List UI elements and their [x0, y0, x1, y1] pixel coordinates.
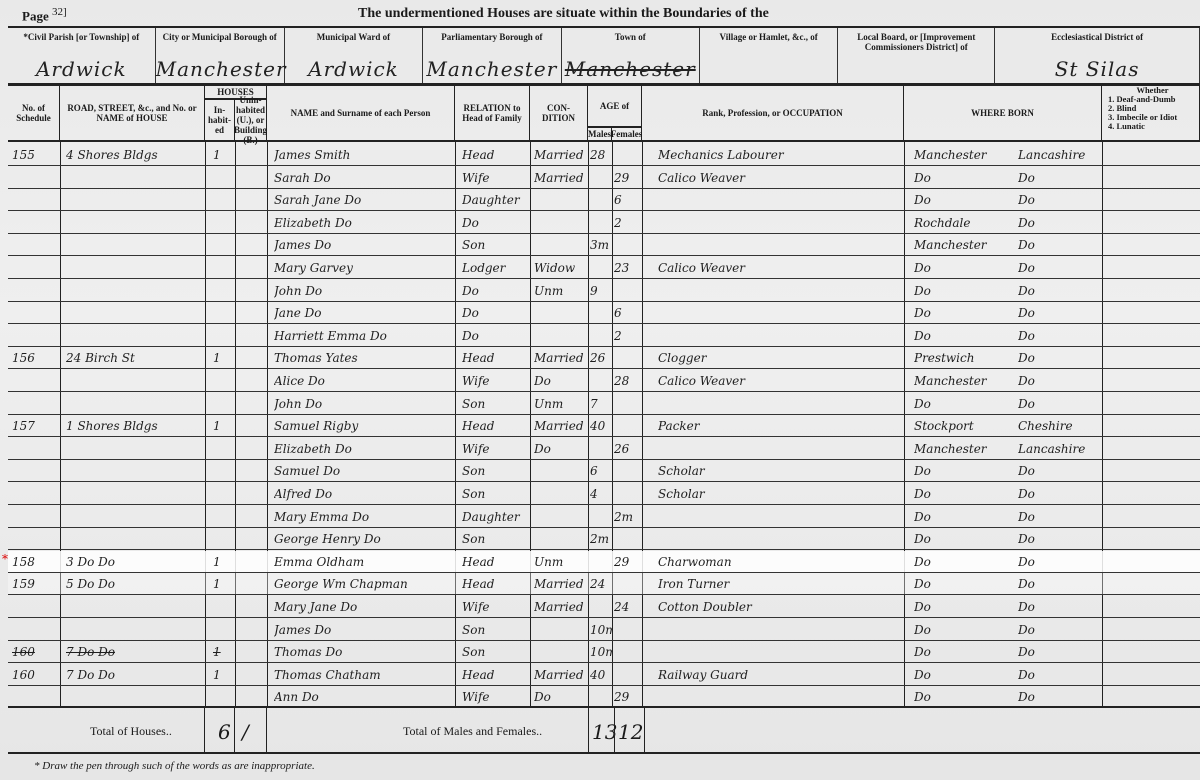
relation: Son	[462, 641, 530, 663]
relation: Head	[462, 551, 530, 573]
born-town: Do	[914, 302, 1010, 324]
person-name: Thomas Do	[274, 641, 454, 663]
inhabited-mark: 1	[213, 144, 233, 166]
person-name: George Henry Do	[274, 528, 454, 550]
born-town: Do	[914, 167, 1010, 189]
female-age: 23	[614, 257, 642, 279]
male-age: 9	[590, 280, 612, 302]
born-town: Do	[914, 641, 1010, 663]
condition: Married	[534, 167, 588, 189]
relation: Daughter	[462, 189, 530, 211]
occupation: Calico Weaver	[658, 370, 904, 392]
inhabited-mark: 1	[213, 347, 233, 369]
boundary-label: City or Municipal Borough of	[156, 32, 284, 42]
born-county: Do	[1018, 280, 1102, 302]
table-row: Harriett Emma DoDo2DoDo	[8, 325, 1200, 347]
occupation: Calico Weaver	[658, 167, 904, 189]
col-header-age: AGE of	[588, 86, 642, 128]
person-name: Thomas Chatham	[274, 664, 454, 686]
relation: Wife	[462, 438, 530, 460]
person-name: Alice Do	[274, 370, 454, 392]
person-name: James Do	[274, 234, 454, 256]
relation: Son	[462, 483, 530, 505]
page-label: Page 32]	[22, 6, 67, 24]
table-row: 1607 Do Do1Thomas DoSon10mDoDo	[8, 641, 1200, 663]
male-age: 4	[590, 483, 612, 505]
condition: Do	[534, 370, 588, 392]
schedule-number: 158	[12, 551, 60, 573]
occupation: Charwoman	[658, 551, 904, 573]
relation: Do	[462, 325, 530, 347]
male-age: 26	[590, 347, 612, 369]
born-county: Do	[1018, 347, 1102, 369]
inhabited-mark: 1	[213, 664, 233, 686]
person-name: Elizabeth Do	[274, 438, 454, 460]
boundary-label: *Civil Parish [or Township] of	[8, 32, 155, 42]
person-name: Thomas Yates	[274, 347, 454, 369]
condition: Married	[534, 347, 588, 369]
born-town: Rochdale	[914, 212, 1010, 234]
schedule-number: 160	[12, 641, 60, 663]
born-town: Manchester	[914, 234, 1010, 256]
male-age: 2m	[590, 528, 612, 550]
boundary-field: Municipal Ward ofArdwick	[285, 28, 423, 83]
born-town: Do	[914, 596, 1010, 618]
table-row: Alfred DoSon4ScholarDoDo	[8, 483, 1200, 505]
relation: Daughter	[462, 506, 530, 528]
female-age: 29	[614, 551, 642, 573]
person-name: John Do	[274, 393, 454, 415]
born-town: Do	[914, 551, 1010, 573]
schedule-number: 160	[12, 664, 60, 686]
born-town: Do	[914, 619, 1010, 641]
condition: Unm	[534, 393, 588, 415]
col-header-occupation: Rank, Profession, or OCCUPATION	[642, 86, 904, 142]
male-age: 10m	[590, 641, 612, 663]
relation: Head	[462, 415, 530, 437]
person-name: Mary Garvey	[274, 257, 454, 279]
female-age: 2m	[614, 506, 642, 528]
boundary-field: Town ofManchester	[562, 28, 700, 83]
boundary-label: Ecclesiastical District of	[995, 32, 1199, 42]
col-header-males: Males	[588, 128, 612, 142]
female-age: 26	[614, 438, 642, 460]
house-address: 5 Do Do	[66, 573, 204, 595]
col-header-infirmity: Whether1. Deaf-and-Dumb2. Blind3. Imbeci…	[1102, 86, 1200, 142]
total-houses-inhabited: 6	[218, 720, 231, 744]
born-county: Do	[1018, 460, 1102, 482]
col-header-name: NAME and Surname of each Person	[267, 86, 455, 142]
boundary-label: Municipal Ward of	[285, 32, 422, 42]
table-row: George Henry DoSon2mDoDo	[8, 528, 1200, 550]
boundary-label: Village or Hamlet, &c., of	[700, 32, 837, 42]
census-table: No. of ScheduleROAD, STREET, &c., and No…	[8, 86, 1200, 706]
house-address: 7 Do Do	[66, 664, 204, 686]
occupation: Mechanics Labourer	[658, 144, 904, 166]
house-address: 1 Shores Bldgs	[66, 415, 204, 437]
born-town: Prestwich	[914, 347, 1010, 369]
boundary-value: St Silas	[995, 57, 1199, 81]
born-town: Do	[914, 257, 1010, 279]
relation: Son	[462, 393, 530, 415]
col-header-where-born: WHERE BORN	[904, 86, 1102, 142]
male-age: 40	[590, 664, 612, 686]
table-row: Alice DoWifeDo28Calico WeaverManchesterD…	[8, 370, 1200, 392]
table-row: Jane DoDo6DoDo	[8, 302, 1200, 324]
born-county: Do	[1018, 167, 1102, 189]
relation: Head	[462, 144, 530, 166]
person-name: Sarah Do	[274, 167, 454, 189]
born-town: Do	[914, 460, 1010, 482]
condition: Unm	[534, 551, 588, 573]
table-row: 1554 Shores Bldgs1James SmithHeadMarried…	[8, 144, 1200, 166]
table-row: Mary Jane DoWifeMarried24Cotton DoublerD…	[8, 596, 1200, 618]
schedule-number: 157	[12, 415, 60, 437]
relation: Head	[462, 664, 530, 686]
boundary-field: Village or Hamlet, &c., of	[700, 28, 838, 83]
house-address: 4 Shores Bldgs	[66, 144, 204, 166]
total-females: 12	[618, 720, 643, 744]
person-name: James Do	[274, 619, 454, 641]
totals-row: Total of Houses.. 6 / Total of Males and…	[8, 706, 1200, 754]
person-name: Emma Oldham	[274, 551, 454, 573]
boundary-field: Parliamentary Borough ofManchester	[423, 28, 561, 83]
occupation: Clogger	[658, 347, 904, 369]
person-name: Mary Jane Do	[274, 596, 454, 618]
table-row: 1607 Do Do1Thomas ChathamHeadMarried40Ra…	[8, 664, 1200, 686]
male-age: 28	[590, 144, 612, 166]
table-row: Mary GarveyLodgerWidow23Calico WeaverDoD…	[8, 257, 1200, 279]
born-county: Do	[1018, 370, 1102, 392]
table-row: James DoSon3mManchesterDo	[8, 234, 1200, 256]
boundary-value: Manchester	[562, 57, 699, 81]
born-town: Do	[914, 528, 1010, 550]
relation: Wife	[462, 167, 530, 189]
schedule-number: 156	[12, 347, 60, 369]
condition: Married	[534, 596, 588, 618]
inhabited-mark: 1	[213, 573, 233, 595]
col-header-females: Females	[612, 128, 642, 142]
born-town: Do	[914, 393, 1010, 415]
house-address: 7 Do Do	[66, 641, 204, 663]
person-name: Alfred Do	[274, 483, 454, 505]
occupation: Packer	[658, 415, 904, 437]
table-row: Mary Emma DoDaughter2mDoDo	[8, 506, 1200, 528]
table-row: Elizabeth DoDo2RochdaleDo	[8, 212, 1200, 234]
person-name: George Wm Chapman	[274, 573, 454, 595]
col-header-schedule: No. of Schedule	[8, 86, 60, 142]
table-row: Sarah DoWifeMarried29Calico WeaverDoDo	[8, 167, 1200, 189]
born-county: Cheshire	[1018, 415, 1102, 437]
born-town: Do	[914, 573, 1010, 595]
relation: Son	[462, 460, 530, 482]
female-age: 28	[614, 370, 642, 392]
born-county: Do	[1018, 302, 1102, 324]
female-age: 2	[614, 325, 642, 347]
row-marker-icon: *	[2, 552, 8, 566]
boundary-label: Local Board, or [Improvement Commissione…	[838, 32, 994, 52]
female-age: 29	[614, 167, 642, 189]
house-address: 24 Birch St	[66, 347, 204, 369]
inhabited-mark: 1	[213, 551, 233, 573]
footnote: * Draw the pen through such of the words…	[34, 760, 315, 772]
boundary-label: Parliamentary Borough of	[423, 32, 560, 42]
person-name: Harriett Emma Do	[274, 325, 454, 347]
col-header-address: ROAD, STREET, &c., and No. or NAME of HO…	[60, 86, 205, 142]
col-header-uninhabited: Unin-habited (U.), or Building (B.)	[235, 100, 267, 142]
col-header-relation: RELATION to Head of Family	[455, 86, 530, 142]
born-county: Do	[1018, 325, 1102, 347]
born-county: Do	[1018, 212, 1102, 234]
relation: Do	[462, 302, 530, 324]
born-town: Do	[914, 483, 1010, 505]
born-town: Stockport	[914, 415, 1010, 437]
relation: Wife	[462, 370, 530, 392]
inhabited-mark: 1	[213, 641, 233, 663]
boundary-field: Local Board, or [Improvement Commissione…	[838, 28, 995, 83]
census-page: Page 32] The undermentioned Houses are s…	[0, 0, 1200, 780]
born-county: Do	[1018, 189, 1102, 211]
person-name: Mary Emma Do	[274, 506, 454, 528]
born-county: Do	[1018, 483, 1102, 505]
relation: Son	[462, 619, 530, 641]
condition: Married	[534, 664, 588, 686]
col-header-inhabited: In-habit-ed	[205, 100, 235, 142]
schedule-number: 155	[12, 144, 60, 166]
boundary-value: Ardwick	[285, 57, 422, 81]
condition: Widow	[534, 257, 588, 279]
born-county: Do	[1018, 664, 1102, 686]
boundary-field: *Civil Parish [or Township] ofArdwick	[8, 28, 156, 83]
table-row: 15624 Birch St1Thomas YatesHeadMarried26…	[8, 347, 1200, 369]
born-county: Do	[1018, 619, 1102, 641]
born-town: Do	[914, 664, 1010, 686]
relation: Head	[462, 347, 530, 369]
born-town: Manchester	[914, 370, 1010, 392]
boundary-field: City or Municipal Borough ofManchester	[156, 28, 285, 83]
female-age: 2	[614, 212, 642, 234]
table-row: James DoSon10mDoDo	[8, 619, 1200, 641]
born-town: Manchester	[914, 144, 1010, 166]
boundary-value: Manchester	[156, 57, 284, 81]
person-name: Elizabeth Do	[274, 212, 454, 234]
boundary-field: Ecclesiastical District ofSt Silas	[995, 28, 1200, 83]
total-houses-label: Total of Houses..	[90, 724, 172, 739]
born-county: Do	[1018, 596, 1102, 618]
born-county: Do	[1018, 393, 1102, 415]
born-county: Do	[1018, 528, 1102, 550]
boundary-value: Manchester	[423, 57, 560, 81]
female-age: 6	[614, 302, 642, 324]
page-number: 32]	[52, 6, 67, 18]
male-age: 7	[590, 393, 612, 415]
table-row: 1583 Do Do1Emma OldhamHeadUnm29Charwoman…	[8, 551, 1200, 573]
boundary-fields: *Civil Parish [or Township] ofArdwickCit…	[8, 28, 1200, 86]
table-row: Elizabeth DoWifeDo26ManchesterLancashire	[8, 438, 1200, 460]
table-row: Samuel DoSon6ScholarDoDo	[8, 460, 1200, 482]
col-header-condition: CON-DITION	[530, 86, 588, 142]
born-county: Do	[1018, 573, 1102, 595]
relation: Do	[462, 212, 530, 234]
born-county: Lancashire	[1018, 438, 1102, 460]
relation: Lodger	[462, 257, 530, 279]
person-name: Samuel Rigby	[274, 415, 454, 437]
schedule-number: 159	[12, 573, 60, 595]
total-persons-label: Total of Males and Females..	[403, 724, 542, 739]
born-town: Do	[914, 189, 1010, 211]
female-age: 6	[614, 189, 642, 211]
boundary-value: Ardwick	[8, 57, 155, 81]
born-town: Do	[914, 506, 1010, 528]
occupation: Scholar	[658, 483, 904, 505]
born-county: Do	[1018, 641, 1102, 663]
born-town: Do	[914, 325, 1010, 347]
table-row: Sarah Jane DoDaughter6DoDo	[8, 189, 1200, 211]
inhabited-mark: 1	[213, 415, 233, 437]
condition: Unm	[534, 280, 588, 302]
occupation: Railway Guard	[658, 664, 904, 686]
person-name: Sarah Jane Do	[274, 189, 454, 211]
page-header: Page 32] The undermentioned Houses are s…	[8, 0, 1200, 28]
occupation: Cotton Doubler	[658, 596, 904, 618]
table-row: John DoDoUnm9DoDo	[8, 280, 1200, 302]
table-row: 1595 Do Do1George Wm ChapmanHeadMarried2…	[8, 573, 1200, 595]
person-name: John Do	[274, 280, 454, 302]
occupation: Iron Turner	[658, 573, 904, 595]
person-name: James Smith	[274, 144, 454, 166]
relation: Wife	[462, 596, 530, 618]
condition: Married	[534, 144, 588, 166]
table-row: 1571 Shores Bldgs1Samuel RigbyHeadMarrie…	[8, 415, 1200, 437]
page-title: The undermentioned Houses are situate wi…	[358, 6, 769, 22]
male-age: 40	[590, 415, 612, 437]
person-name: Samuel Do	[274, 460, 454, 482]
house-address: 3 Do Do	[66, 551, 204, 573]
boundary-label: Town of	[562, 32, 699, 42]
born-town: Do	[914, 280, 1010, 302]
born-county: Lancashire	[1018, 144, 1102, 166]
person-name: Jane Do	[274, 302, 454, 324]
total-houses-uninhabited: /	[242, 720, 249, 744]
occupation: Scholar	[658, 460, 904, 482]
occupation: Calico Weaver	[658, 257, 904, 279]
page-label-text: Page	[22, 8, 49, 23]
relation: Do	[462, 280, 530, 302]
condition: Married	[534, 573, 588, 595]
born-town: Manchester	[914, 438, 1010, 460]
born-county: Do	[1018, 257, 1102, 279]
female-age: 24	[614, 596, 642, 618]
relation: Son	[462, 234, 530, 256]
table-row: John DoSonUnm7DoDo	[8, 393, 1200, 415]
male-age: 6	[590, 460, 612, 482]
male-age: 3m	[590, 234, 612, 256]
condition: Married	[534, 415, 588, 437]
relation: Head	[462, 573, 530, 595]
relation: Son	[462, 528, 530, 550]
born-county: Do	[1018, 551, 1102, 573]
born-county: Do	[1018, 506, 1102, 528]
born-county: Do	[1018, 234, 1102, 256]
condition: Do	[534, 438, 588, 460]
male-age: 10m	[590, 619, 612, 641]
male-age: 24	[590, 573, 612, 595]
